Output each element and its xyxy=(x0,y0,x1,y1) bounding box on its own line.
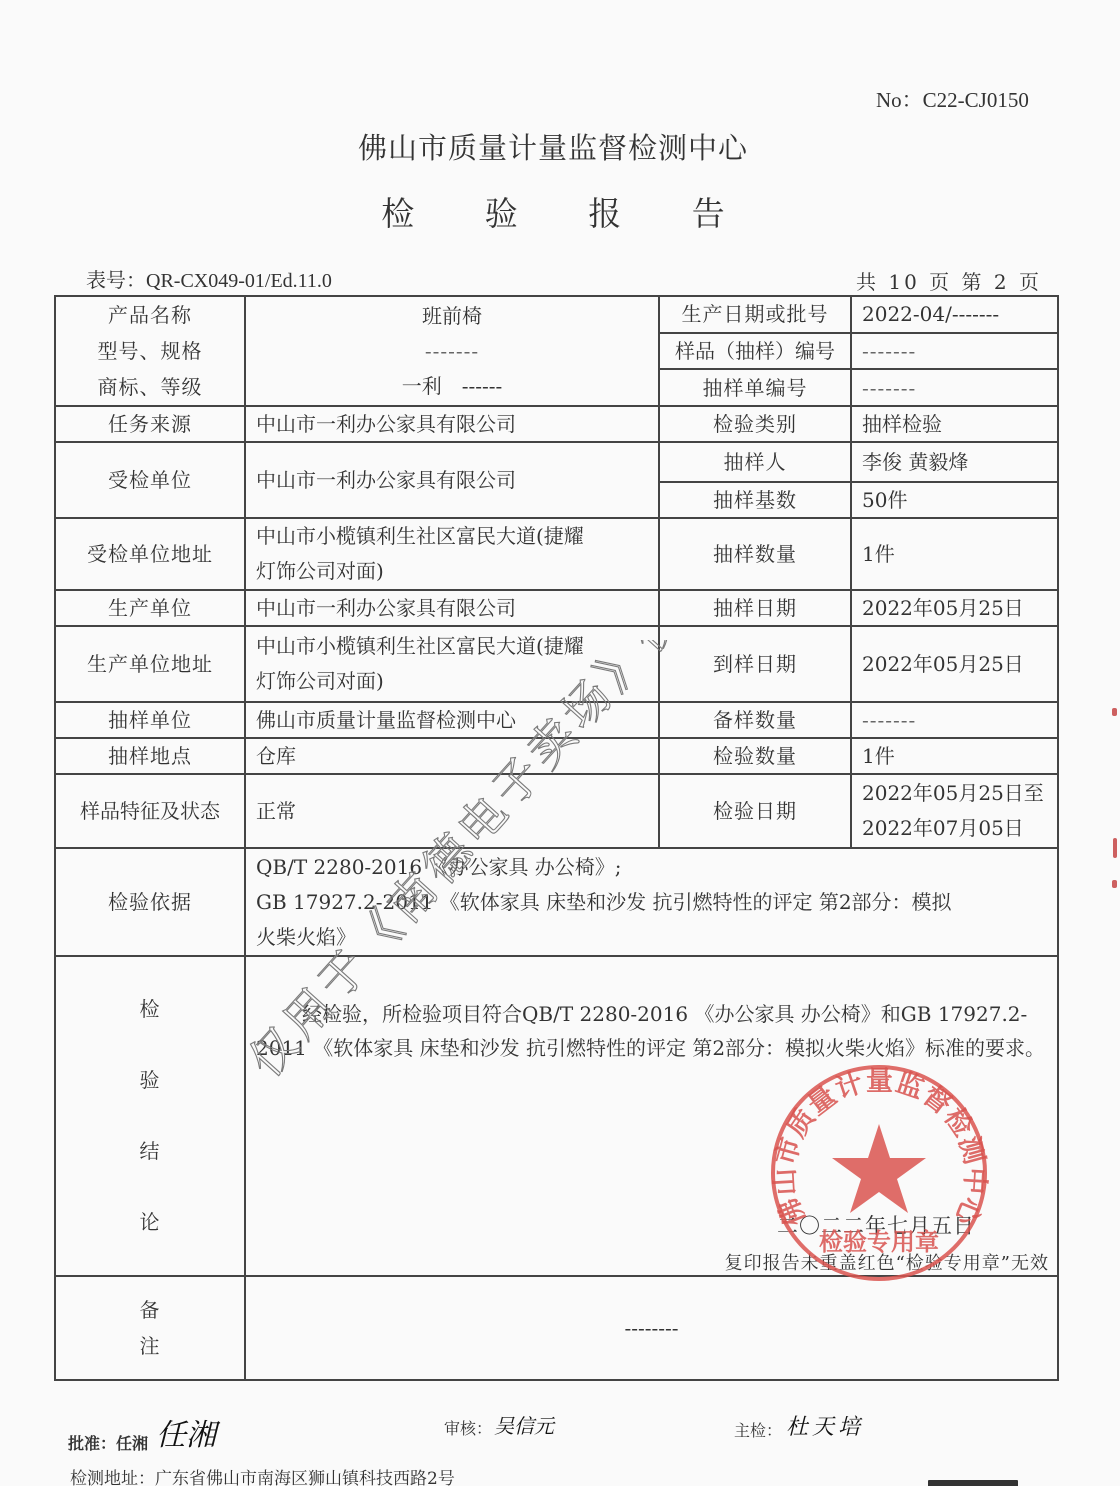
manufacturer-address-label: 生产单位地址 xyxy=(55,626,245,702)
conclusion-label-char: 验 xyxy=(66,1045,234,1116)
trademark-grade-label: 商标、等级 xyxy=(66,369,234,405)
sample-state: 正常 xyxy=(245,774,659,848)
product-name: 班前椅 xyxy=(256,299,648,334)
task-source: 中山市一利办公家具有限公司 xyxy=(245,406,659,442)
report-number: No：C22-CJ0150 xyxy=(876,84,1029,114)
conclusion-label: 检 验 结 论 xyxy=(55,956,245,1276)
product-info-label: 产品名称 型号、规格 商标、等级 xyxy=(55,296,245,406)
document-title: 检 验 报 告 xyxy=(0,188,1106,235)
production-date-label: 生产日期或批号 xyxy=(659,296,851,333)
inspection-date-label: 检验日期 xyxy=(659,774,851,848)
sampling-base-label: 抽样基数 xyxy=(659,482,851,518)
sampler: 李俊 黄毅烽 xyxy=(851,442,1058,482)
sampling-unit-label: 抽样单位 xyxy=(55,702,245,738)
inspection-date-end: 2022年07月05日 xyxy=(862,811,1047,846)
inspector-handwriting: 杜天培 xyxy=(786,1410,864,1441)
manufacturer: 中山市一利办公家具有限公司 xyxy=(245,590,659,626)
edge-seal-mark xyxy=(1112,708,1117,716)
approver-name: 任湘 xyxy=(116,1431,148,1454)
inspection-report-table: 产品名称 型号、规格 商标、等级 班前椅 ------- 一利 ------ 生… xyxy=(54,295,1059,1381)
inspection-date: 2022年05月25日至 2022年07月05日 xyxy=(851,774,1058,848)
trademark-grade: 一利 ------ xyxy=(256,369,648,404)
form-number-label: 表号： xyxy=(86,268,146,292)
approver-signature: 批准： 任湘 任湘 xyxy=(68,1410,216,1454)
inspection-basis-label: 检验依据 xyxy=(55,848,245,956)
remarks-label-char: 注 xyxy=(66,1328,234,1364)
reviewer-signature: 审核： 吴信元 xyxy=(444,1410,554,1439)
remarks-label-char: 备 xyxy=(66,1292,234,1328)
inspected-address-label: 受检单位地址 xyxy=(55,518,245,590)
reserve-quantity: ------- xyxy=(851,702,1058,738)
conclusion-label-char: 结 xyxy=(66,1116,234,1187)
organization-title: 佛山市质量计量监督检测中心 xyxy=(0,126,1106,167)
approver-label: 批准： xyxy=(68,1431,116,1454)
sampling-place: 仓库 xyxy=(245,738,659,774)
edge-seal-mark xyxy=(1112,880,1117,888)
arrival-date: 2022年05月25日 xyxy=(851,626,1058,702)
product-name-label: 产品名称 xyxy=(66,297,234,333)
inspected-unit: 中山市一利办公家具有限公司 xyxy=(245,442,659,518)
manufacturer-label: 生产单位 xyxy=(55,590,245,626)
approver-handwriting: 任湘 xyxy=(156,1410,216,1454)
sampling-unit: 佛山市质量计量监督检测中心 xyxy=(245,702,659,738)
production-date: 2022-04/------- xyxy=(851,296,1058,333)
lab-address: 检测地址：广东省佛山市南海区狮山镇科技西路2号 xyxy=(70,1464,455,1486)
basis-standard-1: QB/T 2280-2016 《办公家具 办公椅》; xyxy=(256,850,1047,885)
inspection-quantity: 1件 xyxy=(851,738,1058,774)
model-spec: ------- xyxy=(256,334,648,369)
sampler-label: 抽样人 xyxy=(659,442,851,482)
inspected-address-line1: 中山市小榄镇利生社区富民大道(捷耀 xyxy=(256,519,648,554)
cut-off-footer-mark xyxy=(928,1480,1018,1486)
inspection-type-label: 检验类别 xyxy=(659,406,851,442)
manufacturer-address: 中山市小榄镇利生社区富民大道(捷耀 灯饰公司对面) xyxy=(245,626,659,702)
reserve-quantity-label: 备样数量 xyxy=(659,702,851,738)
sample-number-label: 样品（抽样）编号 xyxy=(659,333,851,370)
copy-validity-note: 复印报告未重盖红色“检验专用章”无效 xyxy=(725,1247,1049,1276)
inspected-unit-label: 受检单位 xyxy=(55,442,245,518)
remarks-value: -------- xyxy=(245,1276,1058,1380)
page-count: 共 10 页 第 2 页 xyxy=(856,266,1042,295)
inspector-signature: 主检： 杜天培 xyxy=(734,1410,864,1441)
sampling-place-label: 抽样地点 xyxy=(55,738,245,774)
remarks-label: 备 注 xyxy=(55,1276,245,1380)
inspection-quantity-label: 检验数量 xyxy=(659,738,851,774)
sampling-form-number: ------- xyxy=(851,369,1058,406)
manufacturer-address-line1: 中山市小榄镇利生社区富民大道(捷耀 xyxy=(256,629,648,664)
basis-standard-2: GB 17927.2-2011 《软体家具 床垫和沙发 抗引燃特性的评定 第2部… xyxy=(256,885,1047,920)
manufacturer-address-line2: 灯饰公司对面) xyxy=(256,664,648,699)
inspection-type: 抽样检验 xyxy=(851,406,1058,442)
reviewer-handwriting: 吴信元 xyxy=(494,1410,554,1439)
conclusion-text: 经检验，所检验项目符合QB/T 2280-2016 《办公家具 办公椅》和GB … xyxy=(256,997,1047,1065)
edge-seal-mark xyxy=(1113,838,1117,858)
sample-state-label: 样品特征及状态 xyxy=(55,774,245,848)
inspector-label: 主检： xyxy=(734,1418,782,1441)
reviewer-label: 审核： xyxy=(444,1416,492,1439)
sample-quantity-label: 抽样数量 xyxy=(659,518,851,590)
arrival-date-label: 到样日期 xyxy=(659,626,851,702)
product-info-value: 班前椅 ------- 一利 ------ xyxy=(245,296,659,406)
sample-number: ------- xyxy=(851,333,1058,370)
conclusion-label-char: 检 xyxy=(66,974,234,1045)
form-number-value: QR-CX049-01/Ed.11.0 xyxy=(146,270,332,292)
model-spec-label: 型号、规格 xyxy=(66,333,234,369)
sample-quantity: 1件 xyxy=(851,518,1058,590)
sampling-form-number-label: 抽样单编号 xyxy=(659,369,851,406)
task-source-label: 任务来源 xyxy=(55,406,245,442)
inspected-address-line2: 灯饰公司对面) xyxy=(256,554,648,589)
conclusion-date: 二〇二二年七月五日 xyxy=(777,1209,975,1243)
signature-row: 批准： 任湘 任湘 审核： 吴信元 主检： 杜天培 xyxy=(68,1400,1068,1440)
conclusion-cell: 经检验，所检验项目符合QB/T 2280-2016 《办公家具 办公椅》和GB … xyxy=(245,956,1058,1276)
form-number: 表号：QR-CX049-01/Ed.11.0 xyxy=(86,264,332,293)
sampling-base: 50件 xyxy=(851,482,1058,518)
inspected-address: 中山市小榄镇利生社区富民大道(捷耀 灯饰公司对面) xyxy=(245,518,659,590)
conclusion-label-char: 论 xyxy=(66,1187,234,1258)
sampling-date-label: 抽样日期 xyxy=(659,590,851,626)
sampling-date: 2022年05月25日 xyxy=(851,590,1058,626)
inspection-date-start: 2022年05月25日至 xyxy=(862,776,1047,811)
inspection-basis: QB/T 2280-2016 《办公家具 办公椅》; GB 17927.2-20… xyxy=(245,848,1058,956)
basis-standard-2-cont: 火柴火焰》 xyxy=(256,920,1047,955)
